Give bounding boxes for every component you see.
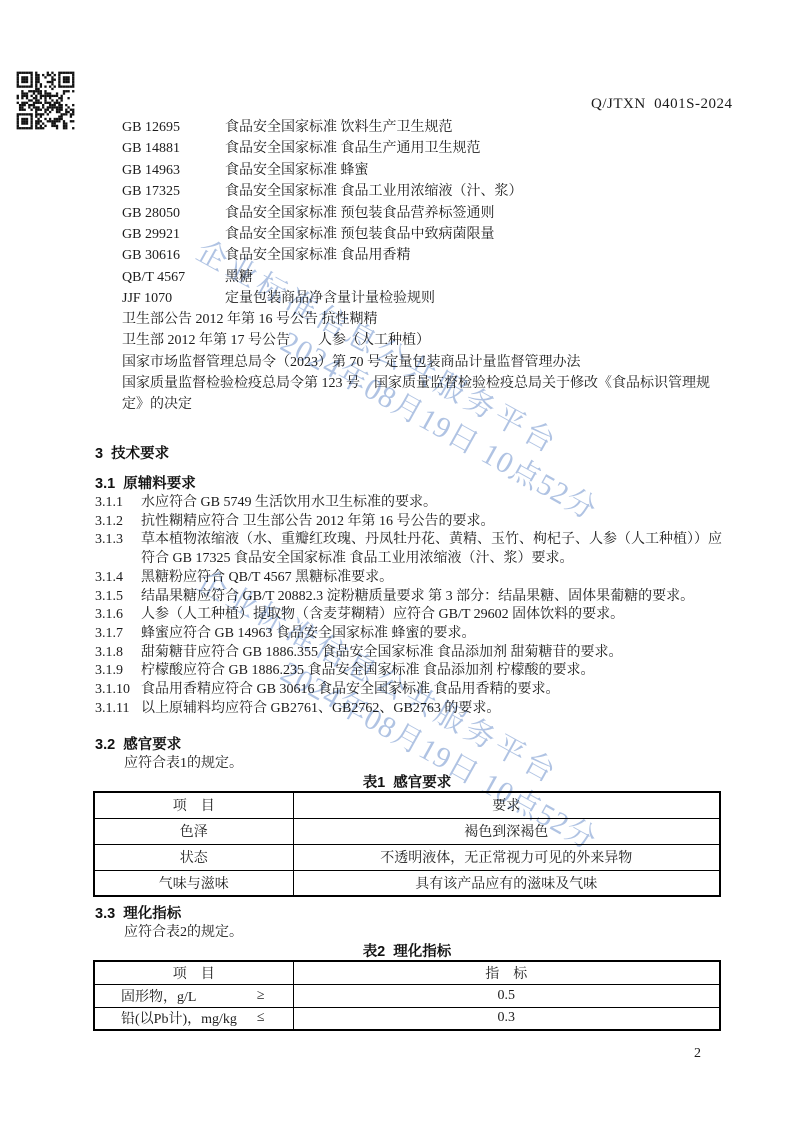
reference-title: 黑糖 [225,267,253,288]
requirement-item: 3.1.6人参（人工种植）提取物（含麦芽糊精）应符合 GB/T 29602 固体… [95,606,723,625]
requirement-text: 水应符合 GB 5749 生活饮用水卫生标准的要求。 [141,494,437,513]
notice-line: 国家质量监督检验检疫总局令第 123 号 国家质量监督检验检疫总局关于修改《食品… [122,373,726,416]
table-header-cell: 项 目 [94,961,293,984]
section-3-3-heading: 3.3 理化指标 [95,902,181,923]
doc-number: Q/JTXN 0401S-2024 [591,96,733,113]
requirement-text: 食品用香精应符合 GB 30616 食品安全国家标准 食品用香精的要求。 [141,681,559,700]
reference-code: GB 28050 [122,203,225,224]
requirement-number: 3.1.10 [95,681,141,700]
reference-code: QB/T 4567 [122,267,225,288]
table-cell-item: 状态 [94,844,293,870]
reference-code: GB 30616 [122,245,225,266]
table-cell-item: 气味与滋味 [94,870,293,896]
requirement-item: 3.1.5结晶果糖应符合 GB/T 20882.3 淀粉糖质量要求 第 3 部分… [95,588,723,607]
requirement-text: 结晶果糖应符合 GB/T 20882.3 淀粉糖质量要求 第 3 部分：结晶果糖… [141,588,694,607]
requirement-item: 3.1.4黑糖粉应符合 QB/T 4567 黑糖标准要求。 [95,569,723,588]
section-3-heading: 3 技术要求 [95,442,169,463]
indicator-operator: ≥ [257,988,265,1004]
reference-code: GB 29921 [122,224,225,245]
requirement-item: 3.1.11以上原辅料均应符合 GB2761、GB2762、GB2763 的要求… [95,700,723,719]
table-row: 固形物，g/L≥0.5 [94,984,720,1007]
table-header-cell: 要求 [293,792,720,818]
qr-code-icon [12,67,79,134]
requirement-text: 柠檬酸应符合 GB 1886.235 食品安全国家标准 食品添加剂 柠檬酸的要求… [141,662,594,681]
indicator-name: 铅(以Pb计)，mg/kg [121,1008,237,1028]
reference-row: GB 12695食品安全国家标准 饮料生产卫生规范 [122,117,523,138]
reference-row: GB 30616食品安全国家标准 食品用香精 [122,245,523,266]
table-row: 状态不透明液体，无正常视力可见的外来异物 [94,844,720,870]
requirement-item: 3.1.1水应符合 GB 5749 生活饮用水卫生标准的要求。 [95,494,723,513]
indicator-operator: ≤ [257,1010,265,1026]
normative-references-list: GB 12695食品安全国家标准 饮料生产卫生规范GB 14881食品安全国家标… [122,117,523,310]
reference-row: JJF 1070定量包装商品净含量计量检验规则 [122,288,523,309]
requirement-text: 黑糖粉应符合 QB/T 4567 黑糖标准要求。 [141,569,393,588]
table-cell-item: 色泽 [94,818,293,844]
reference-title: 食品安全国家标准 食品工业用浓缩液（汁、浆） [225,181,523,202]
reference-code: GB 14881 [122,138,225,159]
raw-material-requirements-list: 3.1.1水应符合 GB 5749 生活饮用水卫生标准的要求。3.1.2抗性糊精… [95,494,723,718]
requirement-number: 3.1.5 [95,588,141,607]
table-cell-item: 铅(以Pb计)，mg/kg≤ [94,1007,293,1030]
reference-code: GB 17325 [122,181,225,202]
reference-row: GB 28050食品安全国家标准 预包装食品营养标签通则 [122,203,523,224]
reference-code: GB 14963 [122,160,225,181]
reference-title: 食品安全国家标准 预包装食品营养标签通则 [225,203,495,224]
requirement-item: 3.1.8甜菊糖苷应符合 GB 1886.355 食品安全国家标准 食品添加剂 … [95,644,723,663]
reference-code: GB 12695 [122,117,225,138]
notice-line: 国家市场监督管理总局令（2023）第 70 号 定量包装商品计量监督管理办法 [122,352,726,373]
requirement-text: 抗性糊精应符合 卫生部公告 2012 年第 16 号公告的要求。 [141,513,495,532]
requirement-number: 3.1.6 [95,606,141,625]
reference-title: 食品安全国家标准 食品用香精 [225,245,411,266]
reference-row: GB 14963食品安全国家标准 蜂蜜 [122,160,523,181]
reference-code: JJF 1070 [122,288,225,309]
requirement-text: 甜菊糖苷应符合 GB 1886.355 食品安全国家标准 食品添加剂 甜菊糖苷的… [141,644,622,663]
reference-title: 食品安全国家标准 预包装食品中致病菌限量 [225,224,495,245]
requirement-item: 3.1.10食品用香精应符合 GB 30616 食品安全国家标准 食品用香精的要… [95,681,723,700]
requirement-text: 以上原辅料均应符合 GB2761、GB2762、GB2763 的要求。 [141,700,500,719]
table-1-title: 表1 感官要求 [93,771,721,792]
table-header-row: 项 目指 标 [94,961,720,984]
requirement-number: 3.1.3 [95,531,141,550]
requirement-text: 蜂蜜应符合 GB 14963 食品安全国家标准 蜂蜜的要求。 [141,625,475,644]
reference-row: GB 29921食品安全国家标准 预包装食品中致病菌限量 [122,224,523,245]
requirement-item: 3.1.3草本植物浓缩液（水、重瓣红玫瑰、丹凤牡丹花、黄精、玉竹、枸杞子、人参（… [95,531,723,568]
table-cell-requirement: 具有该产品应有的滋味及气味 [293,870,720,896]
table-header-cell: 指 标 [293,961,720,984]
section-3-2-heading: 3.2 感官要求 [95,733,181,754]
table-2-title: 表2 理化指标 [93,940,721,961]
reference-title: 食品安全国家标准 饮料生产卫生规范 [225,117,453,138]
indicator-item: 固形物，g/L≥ [95,985,293,1007]
reference-title: 定量包装商品净含量计量检验规则 [225,288,435,309]
requirement-number: 3.1.7 [95,625,141,644]
requirement-number: 3.1.4 [95,569,141,588]
section-3-1-heading: 3.1 原辅料要求 [95,472,196,493]
notice-line: 卫生部公告 2012 年第 16 号公告 抗性糊精 [122,309,726,330]
page-number: 2 [694,1046,701,1062]
table-cell-value: 0.3 [293,1007,720,1030]
requirement-number: 3.1.8 [95,644,141,663]
requirement-item: 3.1.9柠檬酸应符合 GB 1886.235 食品安全国家标准 食品添加剂 柠… [95,662,723,681]
indicator-name: 固形物，g/L [121,986,196,1006]
requirement-text: 人参（人工种植）提取物（含麦芽糊精）应符合 GB/T 29602 固体饮料的要求… [141,606,624,625]
table-cell-requirement: 不透明液体，无正常视力可见的外来异物 [293,844,720,870]
table-header-cell: 项 目 [94,792,293,818]
requirement-item: 3.1.7蜂蜜应符合 GB 14963 食品安全国家标准 蜂蜜的要求。 [95,625,723,644]
indicator-item: 铅(以Pb计)，mg/kg≤ [95,1008,293,1030]
section-3-2-note: 应符合表1的规定。 [124,752,243,772]
requirement-text: 草本植物浓缩液（水、重瓣红玫瑰、丹凤牡丹花、黄精、玉竹、枸杞子、人参（人工种植）… [141,531,723,568]
reference-row: QB/T 4567黑糖 [122,267,523,288]
table-cell-item: 固形物，g/L≥ [94,984,293,1007]
reference-title: 食品安全国家标准 蜂蜜 [225,160,369,181]
table-row: 气味与滋味具有该产品应有的滋味及气味 [94,870,720,896]
notice-line: 卫生部 2012 年第 17 号公告 人参（人工种植） [122,330,726,351]
requirement-number: 3.1.1 [95,494,141,513]
physicochemical-indicators-table: 项 目指 标固形物，g/L≥0.5铅(以Pb计)，mg/kg≤0.3 [93,960,721,1031]
requirement-number: 3.1.11 [95,700,141,719]
section-3-3-note: 应符合表2的规定。 [124,921,243,941]
sensory-requirements-table: 项 目要求色泽褐色到深褐色状态不透明液体，无正常视力可见的外来异物气味与滋味具有… [93,791,721,897]
reference-row: GB 14881食品安全国家标准 食品生产通用卫生规范 [122,138,523,159]
requirement-number: 3.1.2 [95,513,141,532]
table-row: 色泽褐色到深褐色 [94,818,720,844]
requirement-item: 3.1.2抗性糊精应符合 卫生部公告 2012 年第 16 号公告的要求。 [95,513,723,532]
requirement-number: 3.1.9 [95,662,141,681]
reference-row: GB 17325食品安全国家标准 食品工业用浓缩液（汁、浆） [122,181,523,202]
reference-title: 食品安全国家标准 食品生产通用卫生规范 [225,138,481,159]
standard-document-page: Q/JTXN 0401S-2024 企业标准信息公共服务平台 2024年08月1… [0,0,794,1123]
table-cell-requirement: 褐色到深褐色 [293,818,720,844]
table-cell-value: 0.5 [293,984,720,1007]
table-row: 铅(以Pb计)，mg/kg≤0.3 [94,1007,720,1030]
table-header-row: 项 目要求 [94,792,720,818]
regulatory-notices: 卫生部公告 2012 年第 16 号公告 抗性糊精卫生部 2012 年第 17 … [122,309,726,415]
